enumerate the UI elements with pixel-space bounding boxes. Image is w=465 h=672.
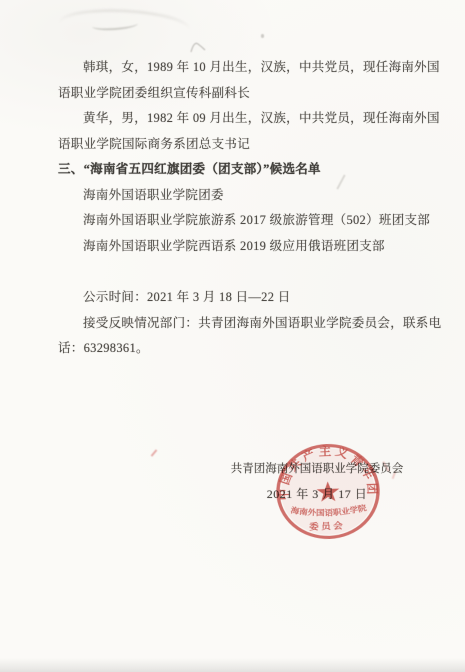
section-heading: 三、“海南省五四红旗团委（团支部）”候选名单 (58, 157, 408, 183)
candidate-item: 海南外国语职业学院团委 (58, 183, 408, 209)
contact-line: 话：63298361。 (58, 336, 408, 362)
candidate-item: 海南外国语职业学院西语系 2019 级应用俄语班团支部 (58, 234, 408, 260)
official-seal: 中国共产主义青年团 海南外国语职业学院 委员会 (271, 439, 384, 544)
scan-edge-shadow (0, 658, 465, 672)
candidate-item: 海南外国语职业学院旅游系 2017 级旅游管理（502）班团支部 (58, 208, 408, 234)
paragraph-spacer (58, 259, 408, 285)
paragraph-line: 韩琪，女，1989 年 10 月出生，汉族，中共党员，现任海南外国 (58, 55, 408, 81)
seal-committee-text: 委员会 (309, 520, 345, 532)
paragraph-line: 语职业学院团委组织宣传科副科长 (58, 81, 408, 107)
document-body: 韩琪，女，1989 年 10 月出生，汉族，中共党员，现任海南外国 语职业学院团… (58, 55, 408, 362)
paragraph-line: 黄华，男，1982 年 09 月出生，汉族，中共党员，现任海南外国 (58, 106, 408, 132)
notice-period-line: 公示时间：2021 年 3 月 18 日—22 日 (58, 285, 408, 311)
paragraph-line: 语职业学院国际商务系团总支书记 (58, 132, 408, 158)
contact-line: 接受反映情况部门：共青团海南外国语职业学院委员会，联系电 (58, 311, 408, 337)
ink-fleck (151, 449, 158, 456)
scanned-document-page: 韩琪，女，1989 年 10 月出生，汉族，中共党员，现任海南外国 语职业学院团… (0, 0, 465, 672)
scan-speck (261, 34, 264, 38)
